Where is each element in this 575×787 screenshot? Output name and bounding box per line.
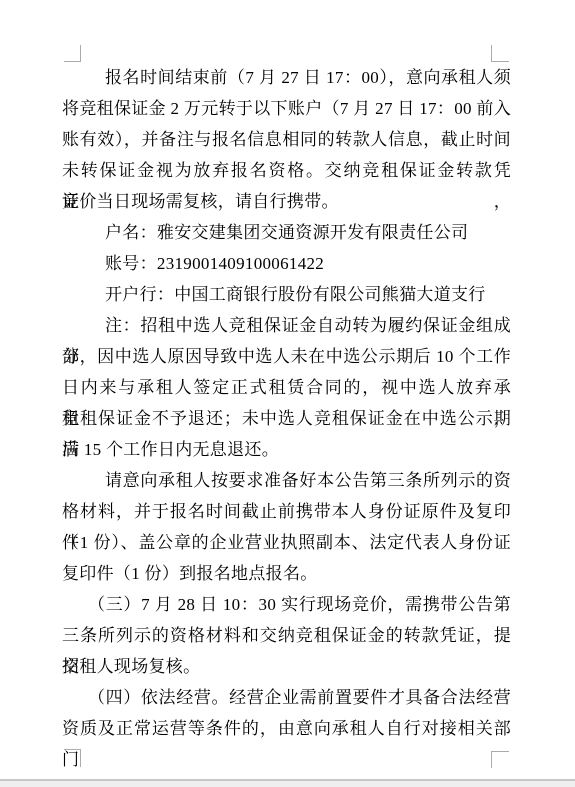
document-line: 注：招租中选人竞租保证金自动转为履约保证金组成部: [62, 310, 511, 341]
document-line: 账号：2319001409100061422: [62, 248, 511, 279]
document-line: 日内来与承租人签定正式租赁合同的，视中选人放弃承租，: [62, 372, 511, 403]
document-line: 请意向承租人按要求准备好本公告第三条所列示的资: [62, 465, 511, 496]
document-line: 开户行：中国工商银行股份有限公司熊猫大道支行: [62, 279, 511, 310]
crop-mark-top-left: [64, 45, 81, 62]
document-line: 报名时间结束前（7 月 27 日 17：00），意向承租人须: [62, 62, 511, 93]
document-line: 资质及正常运营等条件的，由意向承租人自行对接相关部门: [62, 713, 511, 744]
document-line: 招租人现场复核。: [62, 651, 511, 682]
document-line: 竞租保证金不予退还；未中选人竞租保证金在中选公示期满: [62, 403, 511, 434]
document-line: 未转保证金视为放弃报名资格。交纳竞租保证金转款凭证，: [62, 155, 511, 186]
document-line: 格材料，并于报名时间截止前携带本人身份证原件及复印件: [62, 496, 511, 527]
document-line: 分，因中选人原因导致中选人未在中选公示期后 10 个工作: [62, 341, 511, 372]
document-line: 户名：雅安交建集团交通资源开发有限责任公司: [62, 217, 511, 248]
page-bottom-edge: [0, 779, 575, 787]
document-page: 报名时间结束前（7 月 27 日 17：00），意向承租人须将竞租保证金 2 万…: [0, 0, 575, 787]
document-line: （四）依法经营。经营企业需前置要件才具备合法经营: [62, 682, 511, 713]
document-line: 复印件（1 份）到报名地点报名。: [62, 558, 511, 589]
crop-mark-bottom-right: [491, 751, 509, 768]
document-line: 后 15 个工作日内无息退还。: [62, 434, 511, 465]
document-line: 将竞租保证金 2 万元转于以下账户（7 月 27 日 17：00 前入: [62, 93, 511, 124]
document-line: （1 份）、盖公章的企业营业执照副本、法定代表人身份证: [62, 527, 511, 558]
document-line: （三）7 月 28 日 10：30 实行现场竞价，需携带公告第: [62, 589, 511, 620]
crop-mark-top-right: [491, 45, 509, 62]
document-body: 报名时间结束前（7 月 27 日 17：00），意向承租人须将竞租保证金 2 万…: [62, 62, 511, 744]
document-line: 三条所列示的资格材料和交纳竞租保证金的转款凭证，提交: [62, 620, 511, 651]
document-line: 账有效），并备注与报名信息相同的转款人信息，截止时间: [62, 124, 511, 155]
